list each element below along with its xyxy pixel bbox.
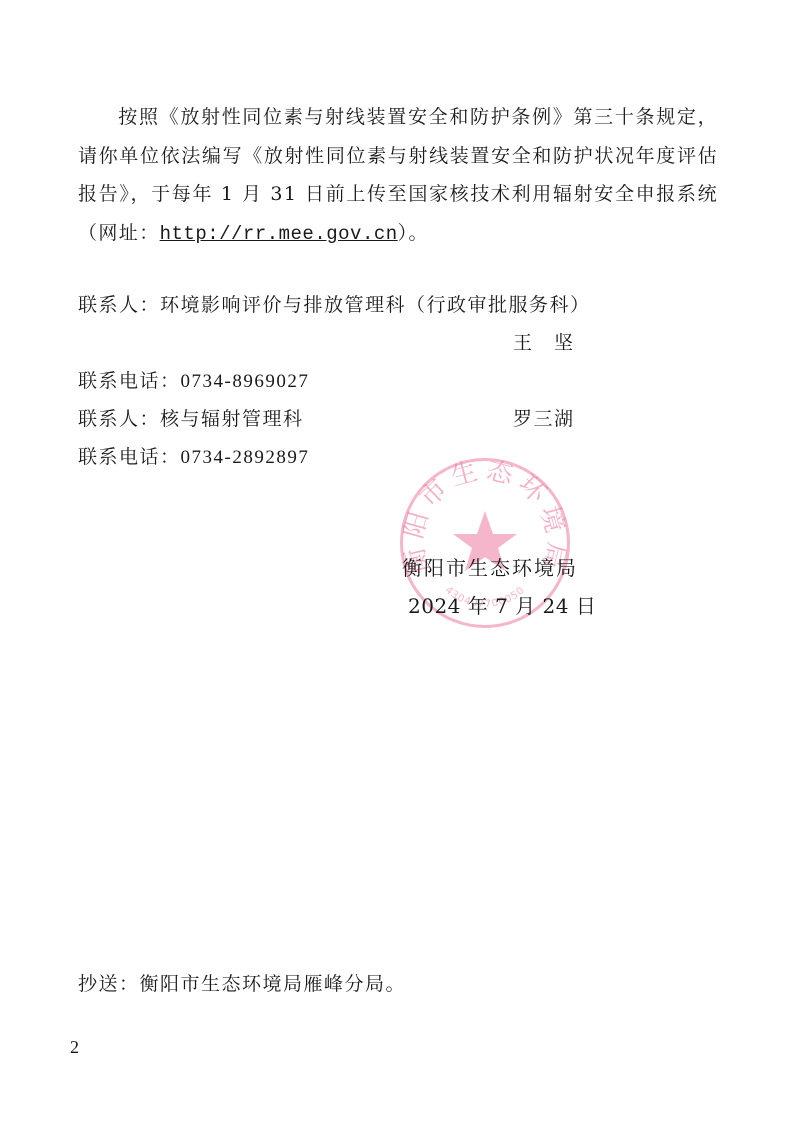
contact-2-department: 核与辐射管理科 bbox=[160, 408, 304, 430]
contact-2-phone-label: 联系电话： bbox=[78, 446, 181, 468]
signature-organization: 衡阳市生态环境局 bbox=[402, 556, 578, 580]
page-number: 2 bbox=[70, 1037, 79, 1058]
contact-1-line: 联系人：环境影响评价与排放管理科（行政审批服务科） bbox=[78, 293, 591, 317]
contact-1-department: 环境影响评价与排放管理科（行政审批服务科） bbox=[160, 294, 591, 316]
contact-2-label: 联系人： bbox=[78, 408, 160, 430]
body-paragraph: 按照《放射性同位素与射线装置安全和防护条例》第三十条规定，请你单位依法编写《放射… bbox=[78, 98, 718, 253]
contact-2-line: 联系人：核与辐射管理科 bbox=[78, 407, 304, 431]
cc-line: 抄送：衡阳市生态环境局雁峰分局。 bbox=[78, 972, 406, 996]
contact-1-phone-label: 联系电话： bbox=[78, 370, 181, 392]
system-url-link[interactable]: http://rr.mee.gov.cn bbox=[160, 223, 398, 245]
contact-2-phone: 0734-2892897 bbox=[181, 447, 310, 468]
body-text-end: ）。 bbox=[398, 222, 429, 244]
contact-2-phone-line: 联系电话：0734-2892897 bbox=[78, 445, 309, 470]
contact-1-name: 王 坚 bbox=[513, 331, 575, 355]
contact-1-phone: 0734-8969027 bbox=[181, 371, 310, 392]
contact-1-phone-line: 联系电话：0734-8969027 bbox=[78, 369, 309, 394]
signature-date: 2024 年 7 月 24 日 bbox=[408, 594, 596, 618]
contact-2-name: 罗三湖 bbox=[513, 407, 575, 431]
contact-1-label: 联系人： bbox=[78, 294, 160, 316]
